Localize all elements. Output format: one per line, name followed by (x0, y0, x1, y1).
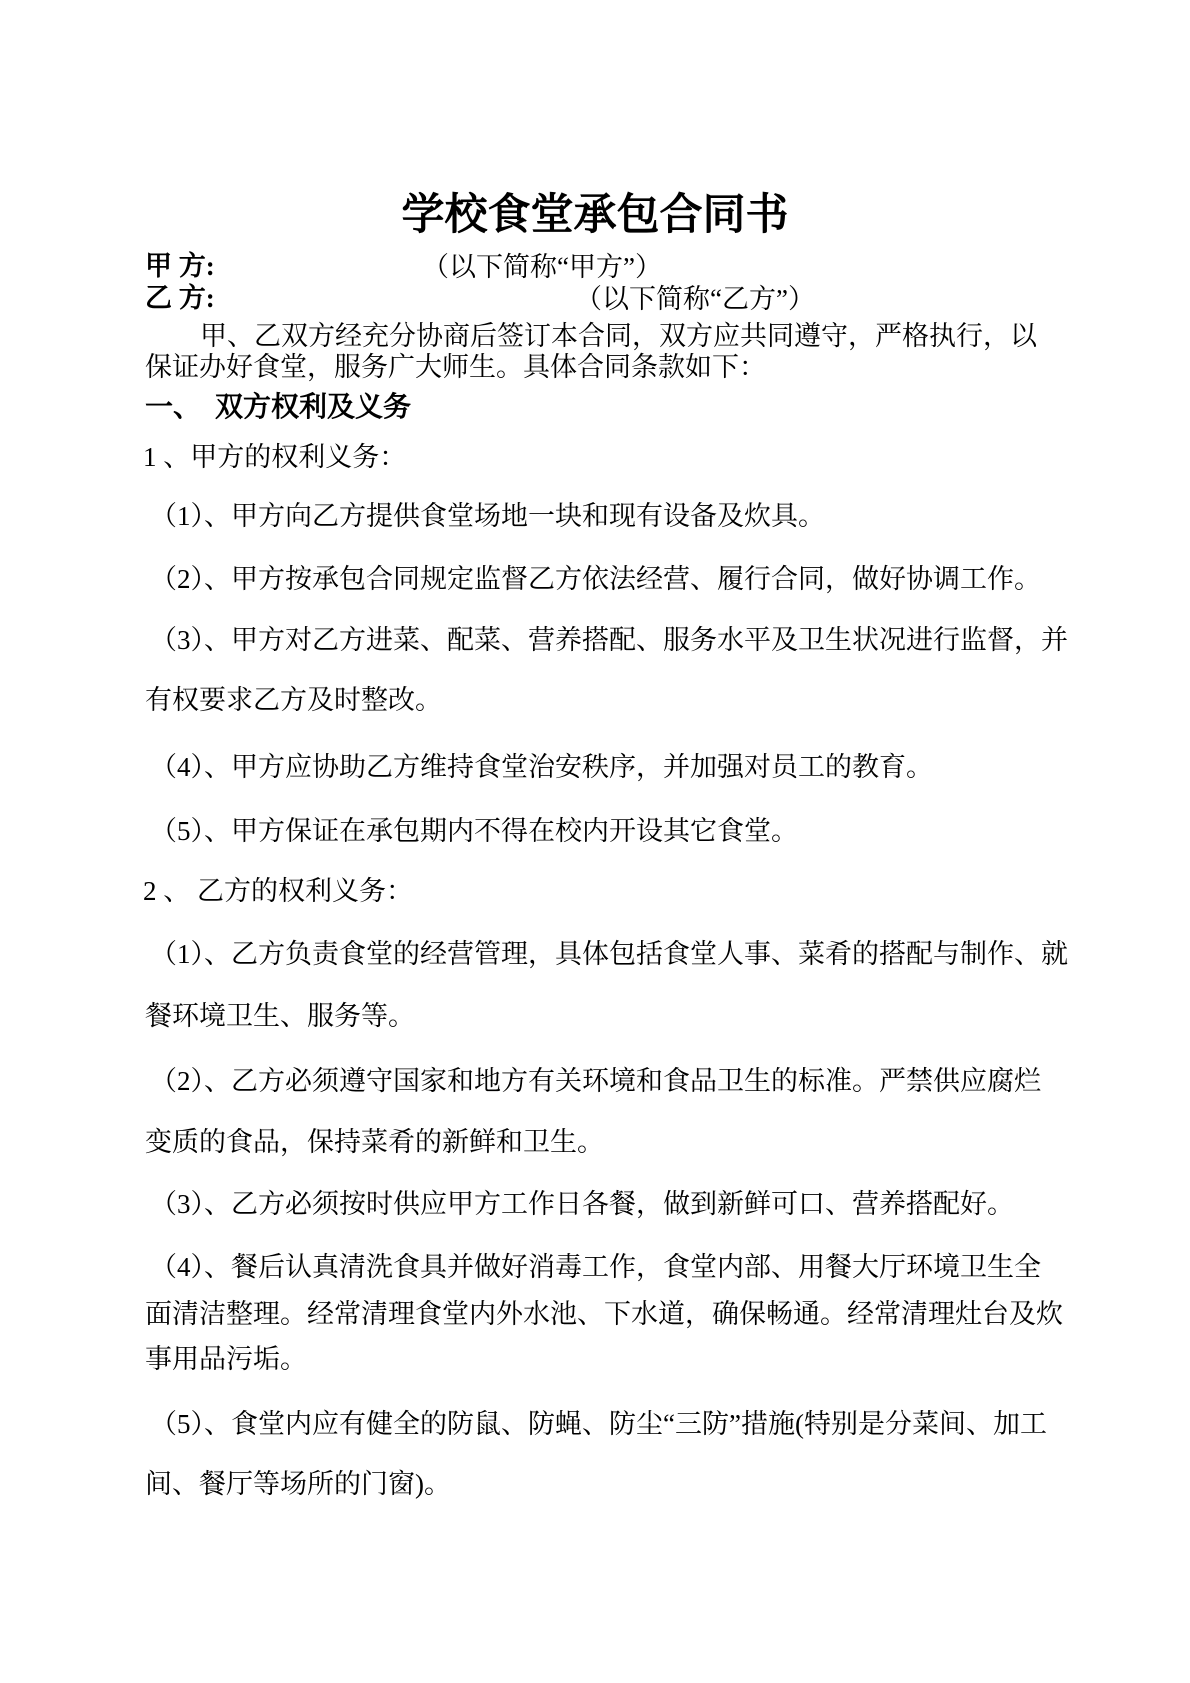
party-a-note: （以下简称“甲方”） (422, 250, 662, 284)
clause-b1-line-2: 餐环境卫生、服务等。 (145, 999, 415, 1033)
clause-b2-line-1: （2）、乙方必须遵守国家和地方有关环境和食品卫生的标准。严禁供应腐烂 (150, 1064, 1041, 1098)
contract-title: 学校食堂承包合同书 (0, 190, 1190, 242)
clause-b4-line-3: 事用品污垢。 (145, 1342, 307, 1376)
clause-a2: （2）、甲方按承包合同规定监督乙方依法经营、履行合同，做好协调工作。 (150, 562, 1041, 596)
clause-b2-line-2: 变质的食品，保持菜肴的新鲜和卫生。 (145, 1125, 604, 1159)
sub-heading-party-b-duties: 2 、 乙方的权利义务： (143, 874, 413, 908)
section-1-heading: 一、 双方权利及义务 (145, 390, 411, 424)
clause-b3: （3）、乙方必须按时供应甲方工作日各餐，做到新鲜可口、营养搭配好。 (150, 1187, 1014, 1221)
sub-heading-party-a-duties: 1 、甲方的权利义务： (143, 440, 406, 474)
clause-b4-line-1: （4）、餐后认真清洗食具并做好消毒工作，食堂内部、用餐大厅环境卫生全 (150, 1250, 1041, 1284)
clause-b5-line-2: 间、餐厅等场所的门窗)。 (145, 1467, 451, 1501)
clause-b1-line-1: （1）、乙方负责食堂的经营管理，具体包括食堂人事、菜肴的搭配与制作、就 (150, 937, 1068, 971)
clause-a5: （5）、甲方保证在承包期内不得在校内开设其它食堂。 (150, 814, 798, 848)
clause-b5-line-1: （5）、食堂内应有健全的防鼠、防蝇、防尘“三防”措施(特别是分菜间、加工 (150, 1407, 1047, 1441)
clause-a1: （1）、甲方向乙方提供食堂场地一块和现有设备及炊具。 (150, 499, 825, 533)
party-b-label: 乙 方: (145, 281, 215, 315)
party-b-note: （以下简称“乙方”） (575, 282, 815, 316)
clause-a3-line-2: 有权要求乙方及时整改。 (145, 683, 442, 717)
clause-b4-line-2: 面清洁整理。经常清理食堂内外水池、下水道，确保畅通。经常清理灶台及炊 (145, 1297, 1063, 1331)
clause-a4: （4）、甲方应协助乙方维持食堂治安秩序，并加强对员工的教育。 (150, 750, 933, 784)
clause-a3-line-1: （3）、甲方对乙方进菜、配菜、营养搭配、服务水平及卫生状况进行监督，并 (150, 623, 1068, 657)
intro-line-2: 保证办好食堂，服务广大师生。具体合同条款如下： (145, 350, 766, 384)
party-a-label: 甲 方: (145, 249, 215, 283)
document-page: 学校食堂承包合同书 甲 方: （以下简称“甲方”） 乙 方: （以下简称“乙方”… (0, 0, 1190, 1683)
intro-line-1: 甲、乙双方经充分协商后签订本合同，双方应共同遵守，严格执行，以 (200, 319, 1037, 353)
